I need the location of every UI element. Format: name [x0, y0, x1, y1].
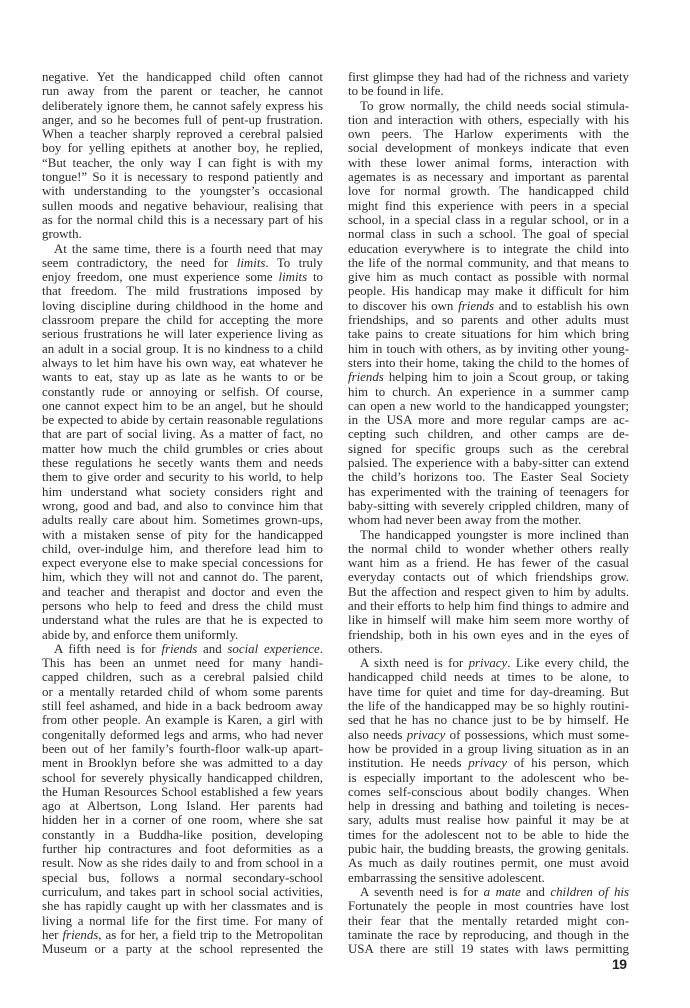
right-text-line: friendship, both in his own eyes and in … [348, 628, 629, 642]
left-text-line: him, which they will not and cannot do. … [42, 570, 323, 584]
right-text-line: in the USA more and more regular camps a… [348, 413, 629, 427]
right-text-line: As much as daily routines permit, one mu… [348, 856, 629, 870]
left-text-column: negative. Yet the handicapped child ofte… [42, 70, 323, 956]
right-text-line: tion and interaction with others, especi… [348, 113, 629, 127]
right-text-line: everyday contacts out of which friendshi… [348, 570, 629, 584]
left-text-line: and teacher and therapist and doctor and… [42, 585, 323, 599]
left-text-line: she has rapidly caught up with her class… [42, 899, 323, 913]
left-text-line: the Human Resources School established a… [42, 785, 323, 799]
right-text-line: A seventh need is for a mate and childre… [348, 885, 629, 899]
right-text-line: To grow normally, the child needs social… [348, 99, 629, 113]
right-text-column: first glimpse they had had of the richne… [348, 70, 629, 956]
left-text-line: ago at Albertson, Long Island. Her paren… [42, 799, 323, 813]
right-text-line: whom had never been away from the mother… [348, 513, 629, 527]
right-text-line: with these lower animal forms, interacti… [348, 156, 629, 170]
left-text-line: constantly in a Buddha-like position, de… [42, 828, 323, 842]
right-text-line: embarrassing the sensitive adolescent. [348, 871, 629, 885]
right-text-line: times for the adolescent not to be able … [348, 828, 629, 842]
left-text-line: expect everyone else to make special con… [42, 556, 323, 570]
left-text-line: congenitally deformed legs and arms, who… [42, 728, 323, 742]
right-text-line: education everywhere is to integrate the… [348, 242, 629, 256]
left-text-line: these regulations he secetly wants them … [42, 456, 323, 470]
right-text-line: USA there are still 19 states with laws … [348, 942, 629, 956]
right-text-line: own peers. The Harlow experiments with t… [348, 127, 629, 141]
left-text-line: result. Now as she rides daily to and fr… [42, 856, 323, 870]
right-text-line: sed that he has no chance just to be by … [348, 713, 629, 727]
right-text-line: give him as much contact as possible wit… [348, 270, 629, 284]
left-text-line: one cannot expect him to be an angel, bu… [42, 399, 323, 413]
right-text-line: pubic hair, the budding breasts, the gro… [348, 842, 629, 856]
right-text-line: normal class in such a school. The goal … [348, 227, 629, 241]
right-text-line: how be provided in a group living situat… [348, 742, 629, 756]
left-text-line: growth. [42, 227, 323, 241]
left-text-line: negative. Yet the handicapped child ofte… [42, 70, 323, 84]
left-text-line: persons who help to feed and dress the c… [42, 599, 323, 613]
left-text-line: wrong, good and bad, and also to convinc… [42, 499, 323, 513]
right-text-line: Fortunately the people in most countries… [348, 899, 629, 913]
right-text-line: people. His handicap may make it difficu… [348, 284, 629, 298]
left-text-line: be expected to abide by certain reasonab… [42, 413, 323, 427]
left-text-line: ment in Brooklyn before she was admitted… [42, 756, 323, 770]
right-text-line: love for normal growth. The handicapped … [348, 184, 629, 198]
right-text-line: institution. He needs privacy of his per… [348, 756, 629, 770]
left-text-line: At the same time, there is a fourth need… [42, 242, 323, 256]
left-text-line: her friends, as for her, a field trip to… [42, 928, 323, 942]
right-text-line: sters into their home, taking the child … [348, 356, 629, 370]
left-text-line: further hip contractures and foot deform… [42, 842, 323, 856]
right-text-line: school, in a special class in a regular … [348, 213, 629, 227]
right-text-line: him in touch with others, as by inviting… [348, 342, 629, 356]
left-text-line: A fifth need is for friends and social e… [42, 642, 323, 656]
left-text-line: understand what the rules are that he is… [42, 613, 323, 627]
left-text-line: school for severely physically handicapp… [42, 771, 323, 785]
left-text-line: an adult in a social group. It is no kin… [42, 342, 323, 356]
right-text-line: friends helping him to join a Scout grou… [348, 370, 629, 384]
left-text-line: with a mistaken sense of pity for the ha… [42, 528, 323, 542]
right-text-line: want him as a friend. He has fewer of th… [348, 556, 629, 570]
right-text-line: is especially important to the adolescen… [348, 771, 629, 785]
left-text-line: from other people. An example is Karen, … [42, 713, 323, 727]
left-text-line: always to let him have his own way, eat … [42, 356, 323, 370]
right-text-line: The handicapped youngster is more inclin… [348, 528, 629, 542]
right-text-line: the life of the normal community, and th… [348, 256, 629, 270]
right-text-line: baby-sitting with severely crippled chil… [348, 499, 629, 513]
left-text-line: run away from the parent or teacher, he … [42, 84, 323, 98]
right-text-line: the normal child to wonder whether other… [348, 542, 629, 556]
left-text-line: child, over-indulge him, and therefore l… [42, 542, 323, 556]
right-text-line: social development of monkeys indicate t… [348, 141, 629, 155]
left-text-line: living a normal life for the first time.… [42, 914, 323, 928]
right-text-line: has experimented with the training of te… [348, 485, 629, 499]
left-text-line: loving discipline during childhood in th… [42, 299, 323, 313]
right-text-line: and their efforts to help him find thing… [348, 599, 629, 613]
right-text-line: first glimpse they had had of the richne… [348, 70, 629, 84]
left-text-line: with understanding to the youngster’s oc… [42, 184, 323, 198]
left-text-line: serious frustrations he will later exper… [42, 327, 323, 341]
left-text-line: or a mentally retarded child of whom som… [42, 685, 323, 699]
right-text-line: to discover his own friends and to estab… [348, 299, 629, 313]
right-text-line: But the affection and respect given to h… [348, 585, 629, 599]
left-text-line: “But teacher, the only way I can fight i… [42, 156, 323, 170]
left-text-line: still feel ashamed, and hide in a back b… [42, 699, 323, 713]
right-text-line: handicapped child needs at times to be a… [348, 670, 629, 684]
right-text-line: A sixth need is for privacy. Like every … [348, 656, 629, 670]
right-text-line: their fear that the mentally retarded mi… [348, 914, 629, 928]
right-text-line: friendships, and so parents and other ad… [348, 313, 629, 327]
right-text-line: sary, adults must realise how painful it… [348, 813, 629, 827]
left-text-line: as for the normal child this is a necess… [42, 213, 323, 227]
right-text-line: the life of the handicapped may be so hi… [348, 699, 629, 713]
left-text-line: When a teacher sharply reproved a cerebr… [42, 127, 323, 141]
right-text-line: can open a new world to the handicapped … [348, 399, 629, 413]
right-text-line: take pains to create situations for him … [348, 327, 629, 341]
right-text-line: others. [348, 642, 629, 656]
right-text-line: palsied. The experience with a baby-sitt… [348, 456, 629, 470]
left-text-line: boy for yelling epithets at another boy,… [42, 141, 323, 155]
left-text-line: wants to eat, stay up as late as he want… [42, 370, 323, 384]
left-text-line: matter how much the child grumbles or cr… [42, 442, 323, 456]
right-text-line: the child’s horizons too. The Easter Sea… [348, 470, 629, 484]
left-text-line: him understand what society considers ri… [42, 485, 323, 499]
left-text-line: classroom prepare the child for acceptin… [42, 313, 323, 327]
left-text-line: abide by, and enforce them uniformly. [42, 628, 323, 642]
left-text-line: tongue!” So it is necessary to respond p… [42, 170, 323, 184]
right-text-line: might find this experience with peers in… [348, 199, 629, 213]
right-text-line: cepting such children, and other camps a… [348, 427, 629, 441]
right-text-line: agemates is as necessary and important a… [348, 170, 629, 184]
right-text-line: have time for quiet and time for day-dre… [348, 685, 629, 699]
left-text-line: sullen moods and negative behaviour, rea… [42, 199, 323, 213]
left-text-line: This has been an unmet need for many han… [42, 656, 323, 670]
right-text-line: like in himself will make him seem more … [348, 613, 629, 627]
right-text-line: comes self-conscious about bodily change… [348, 785, 629, 799]
right-text-line: taminate the race by reproducing, and th… [348, 928, 629, 942]
left-text-line: enjoy freedom, one must experience some … [42, 270, 323, 284]
left-text-line: been out of her family’s fourth-floor wa… [42, 742, 323, 756]
right-text-line: signed for specific groups such as the c… [348, 442, 629, 456]
left-text-line: capped children, such as a cerebral pals… [42, 670, 323, 684]
left-text-line: that are part of social living. As a mat… [42, 427, 323, 441]
left-text-line: constantly rude or annoying or selfish. … [42, 385, 323, 399]
left-text-line: that freedom. The mild frustrations impo… [42, 284, 323, 298]
right-text-line: also needs privacy of possessions, which… [348, 728, 629, 742]
left-text-line: Museum or a party at the school represen… [42, 942, 323, 956]
right-text-line: him to church. An experience in a summer… [348, 385, 629, 399]
right-text-line: help in dressing and bathing and toileti… [348, 799, 629, 813]
page-number: 19 [612, 956, 627, 972]
left-text-line: seem contradictory, the need for limits.… [42, 256, 323, 270]
left-text-line: deliberately ignore them, he cannot safe… [42, 99, 323, 113]
left-text-line: curriculum, and takes part in school soc… [42, 885, 323, 899]
left-text-line: special bus, follows a normal secondary-… [42, 871, 323, 885]
left-text-line: them to give order and security to his w… [42, 470, 323, 484]
document-page: negative. Yet the handicapped child ofte… [0, 0, 690, 1008]
left-text-line: hidden her in a corner of one room, wher… [42, 813, 323, 827]
right-text-line: to be found in life. [348, 84, 629, 98]
left-text-line: anger, and so he becomes full of pent-up… [42, 113, 323, 127]
left-text-line: adults really care about him. Sometimes … [42, 513, 323, 527]
